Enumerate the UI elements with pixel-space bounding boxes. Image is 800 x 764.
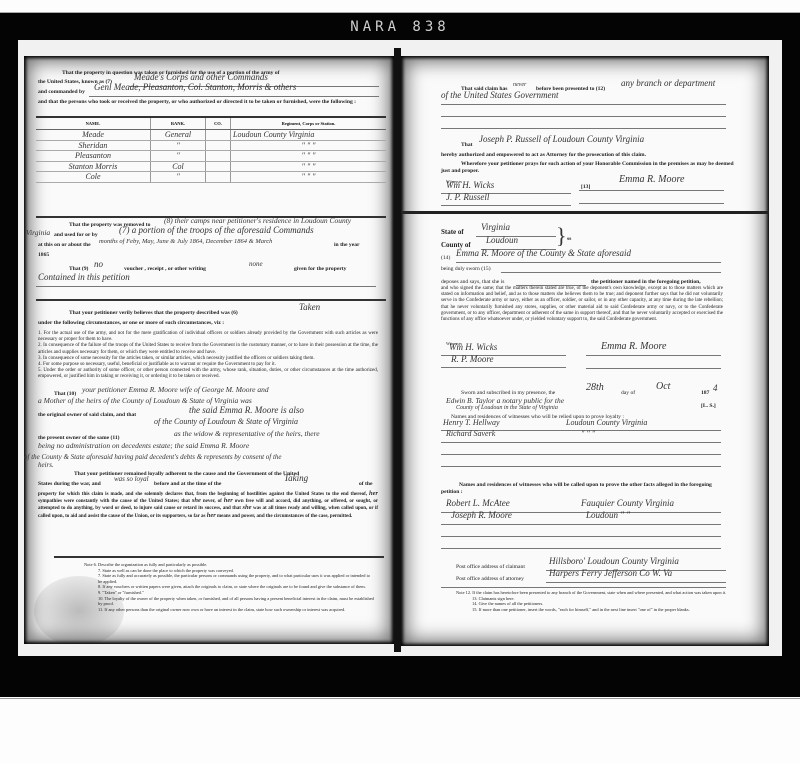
top-margin: [0, 0, 800, 13]
circumstances-label: under the following circumstances, or on…: [38, 320, 224, 327]
removed-value: (8) their camps near petitioner's reside…: [164, 217, 351, 224]
used-label: and used for or by: [54, 232, 98, 239]
year-value: 1865: [38, 252, 49, 259]
table-row: Cole " " " ": [36, 172, 386, 183]
commanded-by-label: and commanded by: [38, 89, 85, 96]
commanded-by-value: Genl Meade, Pleasanton, Col. Stanton, Mo…: [94, 84, 296, 91]
affidavit-body: and who signed the same; that the matter…: [441, 286, 723, 323]
notes-left: Note 6. Describe the organization as ful…: [84, 562, 374, 612]
loyalty-witness-2-residence: " " ": [581, 430, 595, 437]
state-label: State of: [441, 229, 464, 236]
original-owner-value: the said Emma R. Moore is also: [189, 407, 304, 414]
notes-right: Note 12. If the claim has heretofore bee…: [456, 590, 728, 612]
circumstance-1: 1. For the actual use of the army, and n…: [38, 331, 378, 343]
present-owner-value-3: of the County & State aforesaid having p…: [24, 454, 282, 461]
attorney-address-label: Post office address of attorney: [456, 576, 524, 583]
date-value: months of Feby, May, June & July 1864, D…: [99, 238, 272, 245]
loyalty-text-1: That your petitioner remained loyally ad…: [74, 471, 299, 478]
sworn-year-suffix: 4: [713, 385, 718, 392]
present-owner-value: as the widow & representative of the hei…: [174, 430, 320, 437]
loyalty-witness-1-name: Henry T. Hellway: [443, 419, 500, 426]
voucher-that-value: no: [94, 261, 103, 268]
col-rank: RANK.: [151, 118, 206, 130]
claimant-address-value: Hillsboro' Loudoun County Virginia: [549, 558, 679, 565]
sworn-day: 28th: [586, 384, 604, 391]
right-page: That said claim has never before been pr…: [401, 56, 769, 646]
loyalty-taking-value: Taking: [284, 475, 308, 482]
owner-that-value-2: a Mother of the heirs of the County of L…: [38, 397, 252, 404]
original-owner-of: of the County of Loudoun & State of Virg…: [154, 418, 298, 425]
loyalty-text-2b: before and at the time of the: [154, 481, 221, 488]
circumstance-5: 5. Under the order or authority of some …: [38, 368, 378, 380]
petitioner-label: the petitioner named in the foregoing pe…: [591, 279, 701, 286]
table-row: Sheridan " " " ": [36, 140, 386, 151]
signature-1: Emma R. Moore: [619, 176, 684, 183]
used-value: (7) a portion of the troops of the afore…: [119, 227, 314, 234]
brace: }: [556, 225, 567, 247]
contained-value: Contained in this petition: [38, 274, 130, 281]
state-value: Virginia: [481, 224, 510, 231]
circumstance-2: 2. In consequence of the failure of the …: [38, 343, 378, 355]
deposes-label: deposes and says, that she is: [441, 279, 504, 286]
owner-that-value: your petitioner Emma R. Moore wife of Ge…: [82, 386, 269, 393]
facts-witness-2-residence: Loudoun " ": [586, 512, 630, 519]
voucher-text: voucher , receipt , or other writing: [124, 266, 206, 273]
facts-witness-1-name: Robert L. McAtee: [446, 500, 510, 507]
day-of-label: day of: [621, 390, 635, 397]
notary-value: Edwin B. Taylor a notary public for the: [446, 397, 564, 404]
page-gutter: [394, 48, 401, 652]
year-label: in the year: [334, 242, 359, 249]
facts-witnesses-label: Names and residences of witnesses who wi…: [441, 482, 726, 496]
witness-2-2: R. P. Moore: [451, 356, 494, 363]
table-row: Meade General Loudoun County Virginia: [36, 130, 386, 141]
sworn-month: Oct: [656, 383, 670, 390]
attorney-authorized: hereby authorized and empowered to act a…: [441, 152, 741, 159]
col-name: NAME.: [36, 118, 151, 130]
ss-label: ss: [567, 236, 571, 243]
bottom-margin: [0, 698, 800, 764]
col-station: Regiment, Corps or Station.: [231, 118, 387, 130]
believes-label: That your petitioner verily believes tha…: [69, 310, 238, 317]
presented-has: never: [513, 82, 526, 89]
sworn-label: being duly sworn (15): [441, 266, 491, 273]
believes-value: Taken: [299, 304, 320, 311]
film-label: NARA 838: [0, 19, 800, 35]
date-label: at this on or about the: [38, 242, 91, 249]
present-owner-value-2: being no administration on decedents est…: [38, 442, 249, 449]
attorney-address-value: Harpers Ferry Jefferson Co W. Va: [549, 570, 672, 577]
county-value: Loudoun: [486, 237, 518, 244]
loyalty-pronoun-1: was so loyal: [114, 476, 149, 483]
attorney-value: Joseph P. Russell of Loudoun County Virg…: [479, 136, 644, 143]
present-owner-value-4: heirs.: [38, 462, 54, 469]
loyalty-declaration: property for which this claim is made, a…: [38, 491, 378, 520]
facts-witness-2-name: Joseph R. Moore: [451, 512, 512, 519]
circumstances-list: 1. For the actual use of the army, and n…: [38, 331, 378, 381]
loyalty-witness-2-name: Richard Saverk: [446, 430, 495, 437]
original-owner-label: the original owner of said claim, and th…: [38, 412, 136, 419]
officers-table: NAME. RANK. CO. Regiment, Corps or Stati…: [36, 118, 386, 183]
notary-value-2: County of Loudoun in the State of Virgin…: [456, 405, 558, 412]
presented-value-2: of the United States Government: [441, 92, 558, 99]
witness-1-1: Wm H. Wicks: [446, 182, 494, 189]
sworn-year-prefix: 187: [701, 390, 709, 397]
left-page: That the property in question was taken …: [24, 56, 394, 644]
table-row: Stanton Morris Col " " ": [36, 161, 386, 172]
witness-2-1: Wm H. Wicks: [449, 344, 497, 351]
signature-2: Emma R. Moore: [601, 343, 666, 350]
attorney-that-label: That: [461, 142, 473, 149]
claimant-address-label: Post office address of claimant: [456, 564, 525, 571]
col-co: CO.: [206, 118, 231, 130]
facts-witness-1-residence: Fauquier County Virginia: [581, 500, 674, 507]
removed-value-cont: Virginia: [26, 229, 50, 236]
wherefore-text: Wherefore your petitioner prays for such…: [441, 161, 741, 175]
presented-value: any branch or department: [621, 80, 715, 87]
loyalty-witness-1-residence: Loudoun County Virginia: [566, 419, 647, 426]
seal-label: [L. S.]: [701, 403, 716, 410]
deponent-marker: (14): [441, 255, 450, 262]
known-as-value: Meade's Corps and other Commands: [134, 74, 268, 81]
voucher-given-value: none: [249, 261, 263, 268]
voucher-given-label: given for the property: [294, 266, 346, 273]
witness-1-2: J. P. Russell: [446, 194, 489, 201]
loyalty-text-2c: of the: [359, 481, 373, 488]
table-row: Pleasanton " " " ": [36, 151, 386, 162]
loyalty-text-2a: States during the war, and: [38, 481, 101, 488]
took-label: and that the persons who took or receive…: [38, 99, 383, 106]
deponent-value: Emma R. Moore of the County & State afor…: [456, 250, 631, 257]
